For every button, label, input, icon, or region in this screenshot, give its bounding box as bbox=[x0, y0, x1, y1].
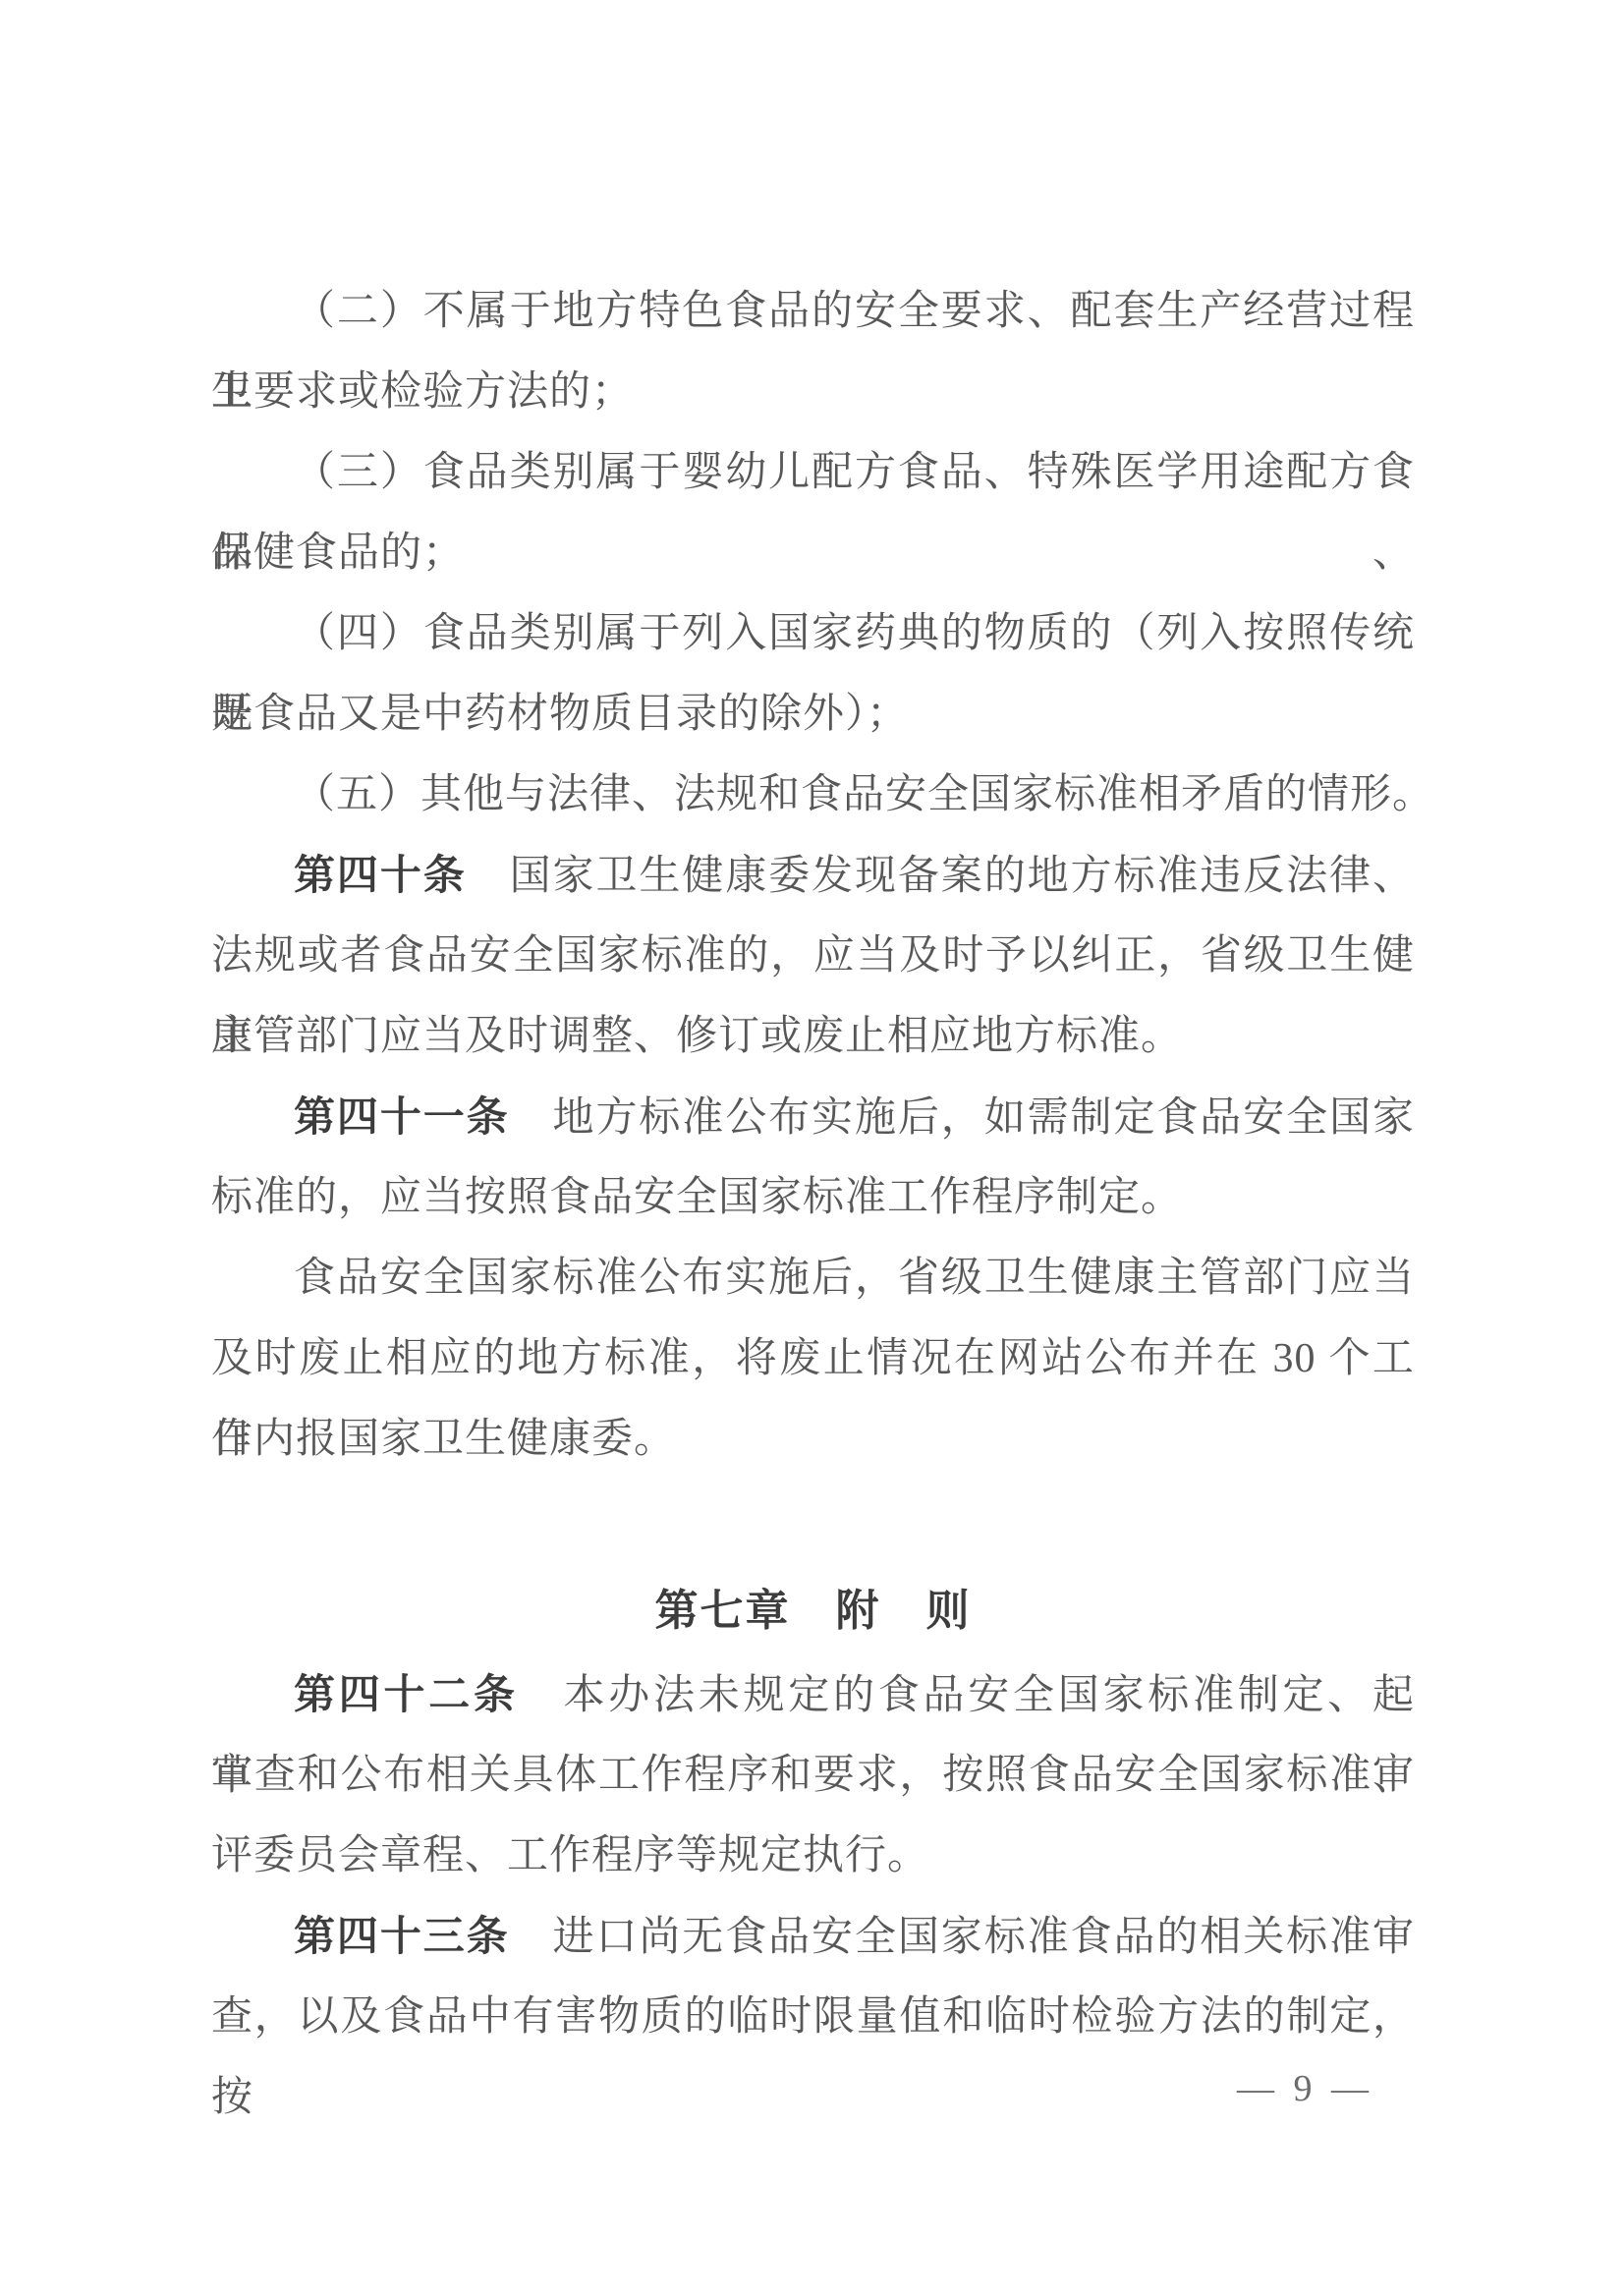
document-page: （二）不属于地方特色食品的安全要求、配套生产经营过程卫 生要求或检验方法的； （… bbox=[0, 0, 1624, 2295]
clause-item-2-cont: 生要求或检验方法的； bbox=[211, 369, 634, 415]
text-line: （三）食品类别属于婴幼儿配方食品、特殊医学用途配方食品、 bbox=[211, 432, 1415, 513]
article-40-text: 国家卫生健康委发现备案的地方标准违反法律、 bbox=[467, 854, 1415, 899]
document-body: （二）不属于地方特色食品的安全要求、配套生产经营过程卫 生要求或检验方法的； （… bbox=[211, 0, 1415, 2120]
article-42-cont: 审查和公布相关具体工作程序和要求，按照食品安全国家标准审 bbox=[211, 1753, 1415, 1798]
text-line: 第四十三条 进口尚无食品安全国家标准食品的相关标准审 bbox=[211, 1896, 1415, 1977]
text-line: 标准的，应当按照食品安全国家标准工作程序制定。 bbox=[211, 1157, 1415, 1238]
text-line: 审查和公布相关具体工作程序和要求，按照食品安全国家标准审 bbox=[211, 1735, 1415, 1816]
article-41-text: 地方标准公布实施后，如需制定食品安全国家 bbox=[510, 1095, 1415, 1141]
text-line: 第四十一条 地方标准公布实施后，如需制定食品安全国家 bbox=[211, 1077, 1415, 1157]
article-43-text: 进口尚无食品安全国家标准食品的相关标准审 bbox=[510, 1915, 1415, 1960]
page-number: — 9 — bbox=[211, 2057, 1415, 2120]
text-line: 食品安全国家标准公布实施后，省级卫生健康主管部门应当 bbox=[211, 1238, 1415, 1318]
text-line: （二）不属于地方特色食品的安全要求、配套生产经营过程卫 bbox=[211, 271, 1415, 352]
text-line: 查，以及食品中有害物质的临时限量值和临时检验方法的制定，按 bbox=[211, 1977, 1415, 2057]
text-line: 评委员会章程、工作程序等规定执行。 bbox=[211, 1816, 1415, 1896]
clause-item-4-cont: 是食品又是中药材物质目录的除外）； bbox=[211, 692, 909, 737]
article-41-para2: 食品安全国家标准公布实施后，省级卫生健康主管部门应当 bbox=[294, 1256, 1415, 1301]
text-line: 第四十条 国家卫生健康委发现备案的地方标准违反法律、 bbox=[211, 835, 1415, 916]
text-line: （五）其他与法律、法规和食品安全国家标准相矛盾的情形。 bbox=[211, 755, 1415, 835]
article-42-number: 第四十二条 bbox=[294, 1671, 519, 1717]
article-40-number: 第四十条 bbox=[294, 852, 467, 898]
text-line: 第四十二条 本办法未规定的食品安全国家标准制定、起草、 bbox=[211, 1654, 1415, 1735]
text-line: 主管部门应当及时调整、修订或废止相应地方标准。 bbox=[211, 996, 1415, 1077]
text-line: 是食品又是中药材物质目录的除外）； bbox=[211, 674, 1415, 755]
clause-item-3-cont: 保健食品的； bbox=[211, 531, 465, 576]
text-line: （四）食品类别属于列入国家药典的物质的（列入按照传统既 bbox=[211, 593, 1415, 674]
article-41-end: 标准的，应当按照食品安全国家标准工作程序制定。 bbox=[211, 1175, 1183, 1220]
article-40-end: 主管部门应当及时调整、修订或废止相应地方标准。 bbox=[211, 1014, 1183, 1059]
text-line: 日内报国家卫生健康委。 bbox=[211, 1399, 1415, 1480]
chapter-heading: 第七章 附 则 bbox=[211, 1571, 1415, 1651]
text-line: 生要求或检验方法的； bbox=[211, 352, 1415, 432]
article-41-para2-end: 日内报国家卫生健康委。 bbox=[211, 1417, 676, 1462]
article-43-number: 第四十三条 bbox=[294, 1913, 510, 1959]
clause-item-5: （五）其他与法律、法规和食品安全国家标准相矛盾的情形。 bbox=[294, 772, 1434, 817]
text-line: 及时废止相应的地方标准，将废止情况在网站公布并在 30 个工作 bbox=[211, 1318, 1415, 1399]
article-41-number: 第四十一条 bbox=[294, 1093, 510, 1140]
text-line: 法规或者食品安全国家标准的，应当及时予以纠正，省级卫生健康 bbox=[211, 916, 1415, 996]
article-42-end: 评委员会章程、工作程序等规定执行。 bbox=[211, 1833, 929, 1878]
